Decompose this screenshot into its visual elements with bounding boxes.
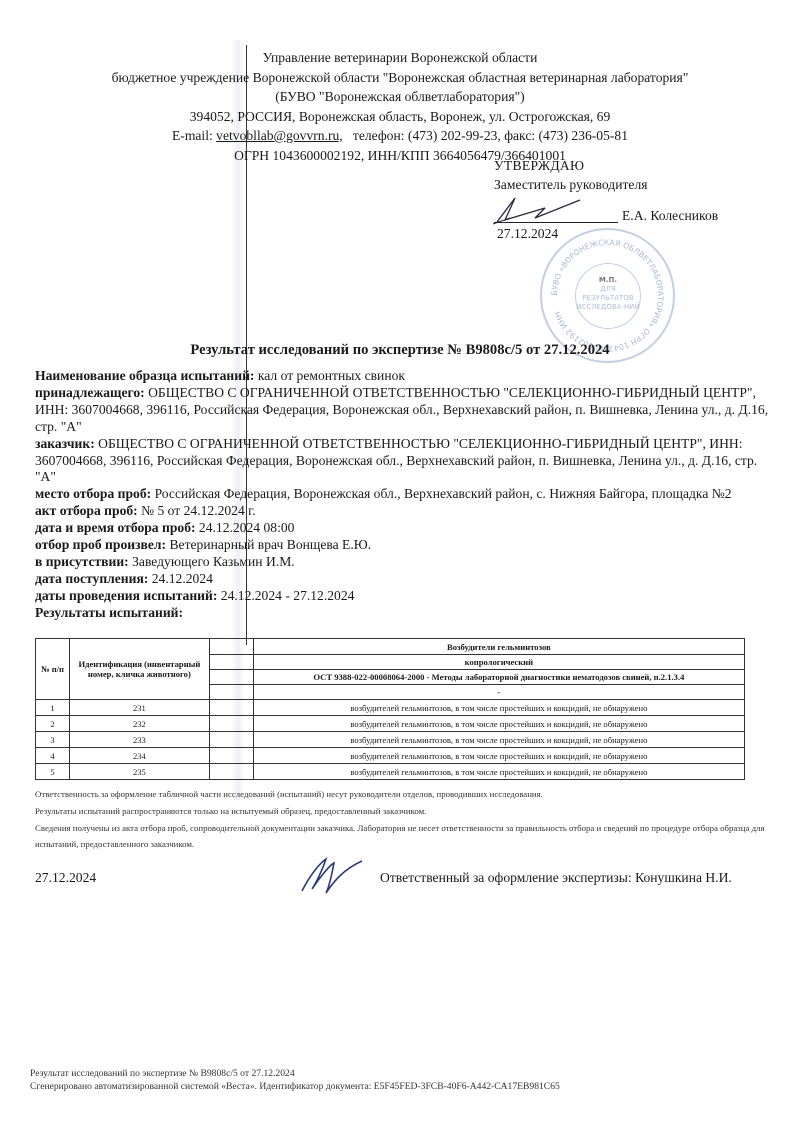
- footer-reference: Результат исследований по экспертизе № В…: [30, 1067, 730, 1080]
- row-result: возбудителей гельминтозов, в том числе п…: [253, 732, 744, 748]
- row-num: 4: [36, 748, 70, 764]
- responsible-signature-icon: [296, 855, 366, 895]
- letterhead: Управление ветеринарии Воронежской облас…: [80, 48, 720, 165]
- header-spacer: [209, 685, 253, 700]
- field-sample-name: Наименование образца испытаний: кал от р…: [35, 368, 770, 385]
- approval-block: УТВЕРЖДАЮ Заместитель руководителя: [494, 156, 754, 194]
- note-responsibility: Ответственность за оформление табличной …: [35, 786, 770, 803]
- row-num: 3: [36, 732, 70, 748]
- document-footer: Результат исследований по экспертизе № В…: [30, 1067, 730, 1093]
- row-result: возбудителей гельминтозов, в том числе п…: [253, 716, 744, 732]
- contacts: E-mail: vetvobllab@govvrn.ru, телефон: (…: [80, 126, 720, 146]
- approval-title: УТВЕРЖДАЮ: [494, 156, 754, 175]
- field-received-date: дата поступления: 24.12.2024: [35, 571, 770, 588]
- table-row: 3 233 возбудителей гельминтозов, в том ч…: [36, 732, 745, 748]
- results-table: № п/п Идентификация (инвентарный номер, …: [35, 638, 745, 780]
- row-result: возбудителей гельминтозов, в том числе п…: [253, 764, 744, 780]
- row-id: 231: [69, 700, 209, 716]
- issue-date: 27.12.2024: [35, 870, 96, 886]
- header-spacer: [209, 639, 253, 655]
- institution-short-name: (БУВО "Воронежская облветлаборатория"): [80, 87, 720, 107]
- email-link[interactable]: vetvobllab@govvrn.ru,: [216, 128, 343, 143]
- phone-fax: телефон: (473) 202-99-23, факс: (473) 23…: [353, 128, 628, 143]
- row-id: 233: [69, 732, 209, 748]
- row-result: возбудителей гельминтозов, в том числе п…: [253, 700, 744, 716]
- note-source: Сведения получены из акта отбора проб, с…: [35, 820, 770, 852]
- field-presence: в присутствии: Заведующего Казьмин И.М.: [35, 554, 770, 571]
- field-sampled-by: отбор проб произвел: Ветеринарный врач В…: [35, 537, 770, 554]
- sample-details: Наименование образца испытаний: кал от р…: [35, 368, 770, 622]
- document-title: Результат исследований по экспертизе № В…: [0, 342, 800, 359]
- note-scope: Результаты испытаний распространяются то…: [35, 803, 770, 820]
- field-sampling-place: место отбора проб: Российская Федерация,…: [35, 486, 770, 503]
- field-test-dates: даты проведения испытаний: 24.12.2024 - …: [35, 588, 770, 605]
- address: 394052, РОССИЯ, Воронежская область, Вор…: [80, 107, 720, 127]
- stamp-center: М.П. ДЛЯ РЕЗУЛЬТАТОВ ИССЛЕДОВА-НИЙ: [575, 263, 641, 329]
- results-heading: Результаты испытаний:: [35, 605, 770, 622]
- footer-generated-by: Сгенерировано автоматизированной системо…: [30, 1080, 730, 1093]
- row-id: 235: [69, 764, 209, 780]
- row-result: возбудителей гельминтозов, в том числе п…: [253, 748, 744, 764]
- email-label: E-mail:: [172, 128, 213, 143]
- row-num: 5: [36, 764, 70, 780]
- row-num: 1: [36, 700, 70, 716]
- stamp-inner-text: ДЛЯ РЕЗУЛЬТАТОВ ИССЛЕДОВА-НИЙ: [576, 285, 640, 311]
- row-spacer: [209, 748, 253, 764]
- row-spacer: [209, 716, 253, 732]
- field-sampling-act: акт отбора проб: № 5 от 24.12.2024 г.: [35, 503, 770, 520]
- row-spacer: [209, 764, 253, 780]
- institution-name: бюджетное учреждение Воронежской области…: [80, 68, 720, 88]
- header-indicator: Возбудители гельминтозов: [253, 639, 744, 655]
- field-sampling-datetime: дата и время отбора проб: 24.12.2024 08:…: [35, 520, 770, 537]
- table-row: 5 235 возбудителей гельминтозов, в том ч…: [36, 764, 745, 780]
- table-row: 1 231 возбудителей гельминтозов, в том ч…: [36, 700, 745, 716]
- header-num: № п/п: [36, 639, 70, 700]
- header-spacer: [209, 670, 253, 685]
- table-row: 4 234 возбудителей гельминтозов, в том ч…: [36, 748, 745, 764]
- stamp-mp: М.П.: [599, 276, 617, 284]
- approver-signature-icon: [485, 190, 625, 230]
- row-spacer: [209, 732, 253, 748]
- header-id: Идентификация (инвентарный номер, кличка…: [69, 639, 209, 700]
- header-units: -: [253, 685, 744, 700]
- signature-line: [494, 222, 618, 223]
- row-id: 232: [69, 716, 209, 732]
- approver-name: Е.А. Колесников: [622, 208, 718, 224]
- header-spacer: [209, 655, 253, 670]
- disclaimer-notes: Ответственность за оформление табличной …: [35, 786, 770, 852]
- row-spacer: [209, 700, 253, 716]
- field-owner: принадлежащего: ОБЩЕСТВО С ОГРАНИЧЕННОЙ …: [35, 385, 770, 436]
- row-num: 2: [36, 716, 70, 732]
- header-method-type: копрологический: [253, 655, 744, 670]
- field-customer: заказчик: ОБЩЕСТВО С ОГРАНИЧЕННОЙ ОТВЕТС…: [35, 436, 770, 487]
- row-id: 234: [69, 748, 209, 764]
- header-method-doc: ОСТ 9388-022-00008064-2000 - Методы лабо…: [253, 670, 744, 685]
- table-row: 2 232 возбудителей гельминтозов, в том ч…: [36, 716, 745, 732]
- responsible-person: Ответственный за оформление экспертизы: …: [380, 870, 732, 886]
- ministry-name: Управление ветеринарии Воронежской облас…: [80, 48, 720, 68]
